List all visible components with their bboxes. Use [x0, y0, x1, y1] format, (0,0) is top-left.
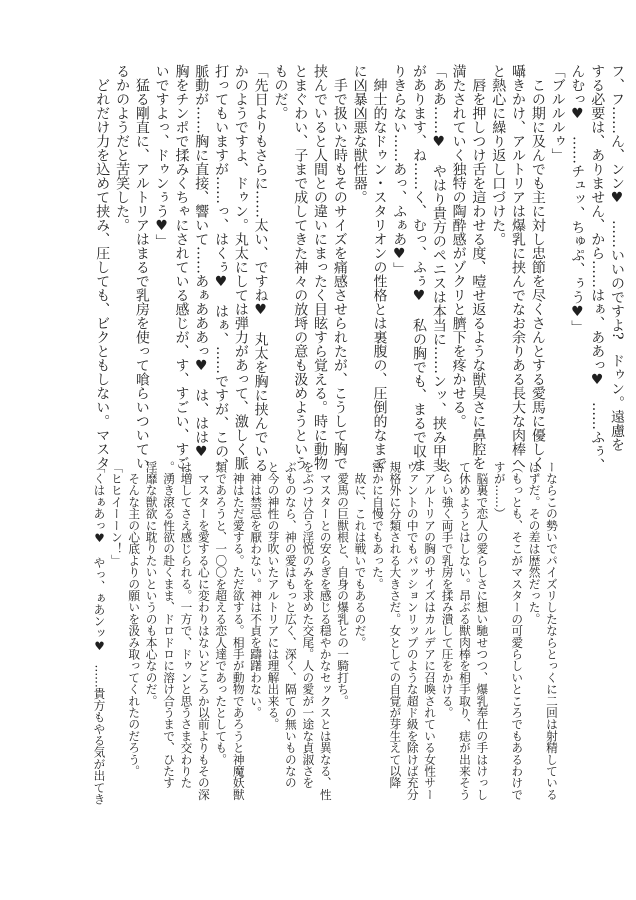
text-column: ーならこの勢いでパイズリしたならとっくに二回は射精している [543, 461, 560, 803]
text-column: 規格外に分類される大きさだ。女としての自覚が芽生えて以降 [386, 461, 403, 803]
text-column: とまぐわい、子まで成してきた神々の放埓の意も汲めようという [289, 64, 309, 458]
text-column: マスターを愛する心に変わりはないどころか以前よりもその深 [194, 461, 211, 803]
text-column: をぶつけ合う淫悦のみを求めた交尾。人の愛が一途な貞淑さを [299, 461, 316, 803]
text-column: 「ブルルルゥ」 [547, 64, 567, 458]
text-column: アルトリアの胸のサイズはカルデアに召喚されている女性サー [421, 461, 438, 803]
text-column: ぶものなら、神の愛はもっと広く、深く、隔ての無いものなの [282, 461, 299, 803]
text-column: 打ってもいますが……っ、はくぅ♥ はぁ、……ですが、この、 [210, 64, 230, 458]
text-column: マスターとの安らぎを感じる穏やかなセックスとは異なる、性 [316, 461, 333, 803]
text-column: 猛る剛直に、アルトリアはまるで乳房を使って喰らいついてい [131, 64, 151, 458]
text-column: んむっ♥ ……チュッ、ちゅぷ、ぅう♥」 [567, 64, 587, 458]
text-column: 密かに自慢でもあった。 [369, 461, 386, 803]
text-column: この期に及んでも主に対し忠節を尽くさんとする愛馬に優しく [527, 64, 547, 458]
text-column: ものだ。 [270, 64, 290, 458]
text-column: に凶暴凶悪な獣性器。 [349, 64, 369, 458]
text-column: 愛馬の巨獣根と、自身の爆乳との一騎打ち。 [334, 461, 351, 803]
text-column: 故に、これは戦いでもあるのだ。 [351, 461, 368, 803]
text-column: （もっとも、そこがマスターの可愛らしいところでもあるわけで [508, 461, 525, 803]
text-column: 神は禁忌を厭わない。神は不貞を躊躇わない。 [247, 461, 264, 803]
text-column: いですよっ、ドゥンぅう♥」 [151, 64, 171, 458]
text-column: くらい強く両手で乳房を揉み潰して圧をかける。 [438, 461, 455, 803]
text-column: 神はただ愛する。ただ欲する。相手が動物であろうと神魔妖獣 [229, 461, 246, 803]
text-column: て休めようとはしない。昂ぶる獣肉棒を相手取り、痣が出来そう [456, 461, 473, 803]
text-column: 類であろうと、一〇〇を超える恋人達であったとしても。 [212, 461, 229, 803]
text-column: るかのようだと苦笑した。 [111, 64, 131, 458]
text-column: する必要は、ありません、から……はぁ、ああっ♥ ……ふぅ、 [586, 64, 606, 458]
text-column: 紳士的なドゥン・スタリオンの性格とは裏腹の、圧倒的なまで [369, 64, 389, 458]
text-column: 「先日よりもさらに……太い、ですね♥ 丸太を胸に挟んでいる [250, 64, 270, 458]
text-column: 胸をチンポで揉みくちゃにされている感じが、す、すごい、すご [171, 64, 191, 458]
text-column: と今の神性の芽吹いたアルトリアには理解出来る。 [264, 461, 281, 803]
text-column: どれだけ力を込めて挟み、圧しても、ビクともしない。マスタ [91, 64, 111, 458]
text-column: フ、フ……ん、ンン♥ ……いいのですよ? ドゥン。遠慮を [606, 64, 626, 458]
novel-page: フ、フ……ん、ンン♥ ……いいのですよ? ドゥン。遠慮を する必要は、ありません… [0, 0, 636, 900]
text-column: はずだ。その差は歴然だった。 [525, 461, 542, 803]
text-column: 。湧き滾る性欲の赴くまま、ドロドロに溶け合うまで、ひたす [160, 461, 177, 803]
text-column: は増してさえ感じられる。一方で、ドゥンと思うさま交わりた [177, 461, 194, 803]
text-column: かのようですよ、ドゥン。丸太にしては弾力があって、激しく脈 [230, 64, 250, 458]
text-column: りきらない……あっ、ふぁあ♥」 [388, 64, 408, 458]
text-column: があります、ね……く、むっ、ふぅ♥ 私の胸でも、まるで収ま [408, 64, 428, 458]
text-column: 満たされていく独特の陶酔感がゾクリと臍下を疼かせる。 [448, 64, 468, 458]
text-column: 脳裏で恋人の愛らしさに想い馳せつつ、爆乳奉仕の手はけっし [473, 461, 490, 803]
text-column: 挟んでいると人間との違いにまったく目眩すら覚える。時に動物 [309, 64, 329, 458]
text-column: 脈動が……胸に直接、響いて……あぁあああっ♥ は、はは♥ [190, 64, 210, 458]
text-column: 淫靡な獣欲に耽りたいというのも本心なのだ。 [142, 461, 159, 803]
text-column: 手で扱いた時もそのサイズを痛感させられたが、こうして胸で [329, 64, 349, 458]
text-column: そんな主の心底よりの願いを汲み取ってくれたのだろう。 [125, 461, 142, 803]
text-column: 「ああ……♥ やはり貴方のペニスは本当に……ンッ、挟み甲斐 [428, 64, 448, 458]
text-block-top: フ、フ……ん、ンン♥ ……いいのですよ? ドゥン。遠慮を する必要は、ありません… [91, 64, 626, 458]
text-column: と熱心に繰り返し口づけた。 [487, 64, 507, 458]
text-block-bottom: ーならこの勢いでパイズリしたならとっくに二回は射精している はずだ。その差は歴然… [90, 461, 560, 803]
text-column: 「くはぁあっ♥ やっ、ぁあンッ♥ ……貴方もやる気が出てき [90, 461, 107, 803]
text-column: ヴァントの中でもパッションリップのような超ド級を除けば充分 [403, 461, 420, 803]
text-column: 「ヒヒイーーン！」 [107, 461, 124, 803]
text-column: すが……） [490, 461, 507, 803]
text-column: 囁きかけ、アルトリアは爆乳に挟んでなお余りある長大な肉棒へ [507, 64, 527, 458]
text-column: 唇を押しつけ舌を這わせる度、噎せ返るような獣臭さに鼻腔を [468, 64, 488, 458]
